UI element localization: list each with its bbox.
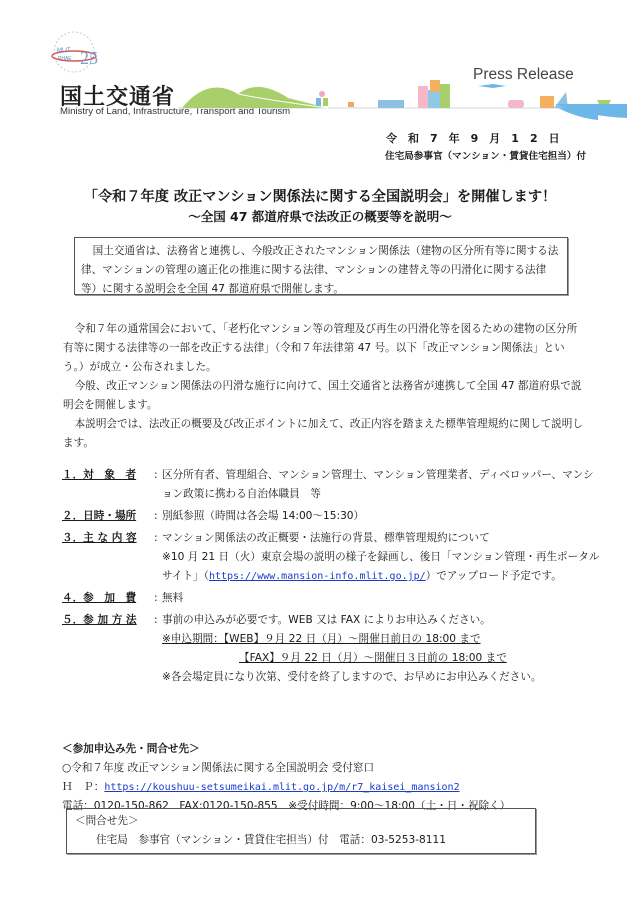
portal-site-link[interactable]: https://www.mansion-info.mlit.go.jp/ (209, 571, 426, 582)
reception-desk: ○令和７年度 改正マンション関係法に関する全国説明会 受付窓口 (62, 759, 602, 778)
body-paragraph: 本説明会では、法改正の概要及び改正ポイントに加えて、改正内容を踏まえた標準管理規… (63, 415, 583, 453)
inquiry-box: ＜問合せ先＞ 住宅局 参事官（マンション・賃貸住宅担当）付 電話：03-5253… (66, 808, 536, 854)
inquiry-contact: 住宅局 参事官（マンション・賃貸住宅担当）付 電話：03-5253-8111 (75, 831, 527, 850)
svg-text:MLIT: MLIT (57, 48, 71, 54)
item-label: １．対 象 者 (62, 466, 154, 504)
issuing-department: 住宅局参事官（マンション・賃貸住宅担当）付 (385, 148, 586, 162)
svg-text:PHAE: PHAE (58, 56, 72, 62)
mlit-25-logo-icon: MLIT PHAE 25 (48, 30, 102, 78)
item-value: マンション関係法の改正概要・法施行の背景、標準管理規約について (162, 529, 602, 548)
item-label: ３．主 な 内 容 (62, 529, 154, 586)
registration-link[interactable]: https://koushuu-setsumeikai.mlit.go.jp/m… (104, 782, 459, 793)
summary-box: 国土交通省は、法務省と連携し、今般改正されたマンション関係法（建物の区分所有等に… (74, 237, 568, 295)
body-paragraph: 令和７年の通常国会において、「老朽化マンション等の管理及び再生の円滑化等を図るた… (63, 320, 583, 377)
sea-boat-icon (555, 96, 627, 118)
body-text: 令和７年の通常国会において、「老朽化マンション等の管理及び再生の円滑化等を図るた… (63, 320, 583, 453)
summary-text: 国土交通省は、法務省と連携し、今般改正されたマンション関係法（建物の区分所有等に… (81, 242, 561, 299)
homepage-line: Ｈ Ｐ：https://koushuu-setsumeikai.mlit.go.… (62, 778, 602, 797)
item-how-to-apply: ５．参 加 方 法 : 事前の申込みが必要です。WEB 又は FAX によりお申… (62, 611, 602, 687)
page-title: 「令和７年度 改正マンション関係法に関する全国説明会」を開催します！ (0, 186, 640, 206)
inquiry-heading: ＜問合せ先＞ (75, 812, 527, 831)
recording-note: ※10 月 21 日（火）東京会場の説明の様子を録画し、後日「マンション管理・再… (162, 548, 602, 586)
item-label: ５．参 加 方 法 (62, 611, 154, 687)
item-value: 区分所有者、管理組合、マンション管理士、マンション管理業者、ディベロッパー、マン… (162, 466, 602, 504)
item-label: ２．日時・場所 (62, 507, 154, 526)
item-target-audience: １．対 象 者 : 区分所有者、管理組合、マンション管理士、マンション管理業者、… (62, 466, 602, 504)
body-paragraph: 今般、改正マンション関係法の円滑な施行に向けて、国土交通省と法務省が連携して全国… (63, 377, 583, 415)
item-label: ４．参 加 費 (62, 589, 154, 608)
event-details: １．対 象 者 : 区分所有者、管理組合、マンション管理士、マンション管理業者、… (62, 466, 602, 690)
item-value: 事前の申込みが必要です。WEB 又は FAX によりお申込みください。 (162, 611, 602, 630)
item-value: 無料 (162, 589, 602, 608)
item-date-venue: ２．日時・場所 : 別紙参照（時間は各会場 14:00～15:30） (62, 507, 602, 526)
svg-text:25: 25 (80, 48, 98, 68)
application-period-fax: 【FAX】９月 22 日（月）～開催日３日前の 18:00 まで (162, 649, 602, 668)
item-main-content: ３．主 な 内 容 : マンション関係法の改正概要・法施行の背景、標準管理規約に… (62, 529, 602, 586)
item-value: 別紙参照（時間は各会場 14:00～15:30） (162, 507, 602, 526)
page-subtitle: ～全国 47 都道府県で法改正の概要等を説明～ (0, 207, 640, 225)
application-period-web: ※申込期間：【WEB】９月 22 日（月）～開催日前日の 18:00 まで (162, 630, 602, 649)
anniversary-logo: MLIT PHAE 25 (48, 30, 102, 78)
contact-section: ＜参加申込み先・問合せ先＞ ○令和７年度 改正マンション関係法に関する全国説明会… (62, 740, 602, 816)
item-fee: ４．参 加 費 : 無料 (62, 589, 602, 608)
capacity-note: ※各会場定員になり次第、受付を終了しますので、お早めにお申込みください。 (162, 668, 602, 687)
contact-heading: ＜参加申込み先・問合せ先＞ (62, 740, 602, 759)
press-release-label: Press Release (473, 66, 574, 84)
release-date: 令和7年9月12日 (386, 130, 571, 146)
